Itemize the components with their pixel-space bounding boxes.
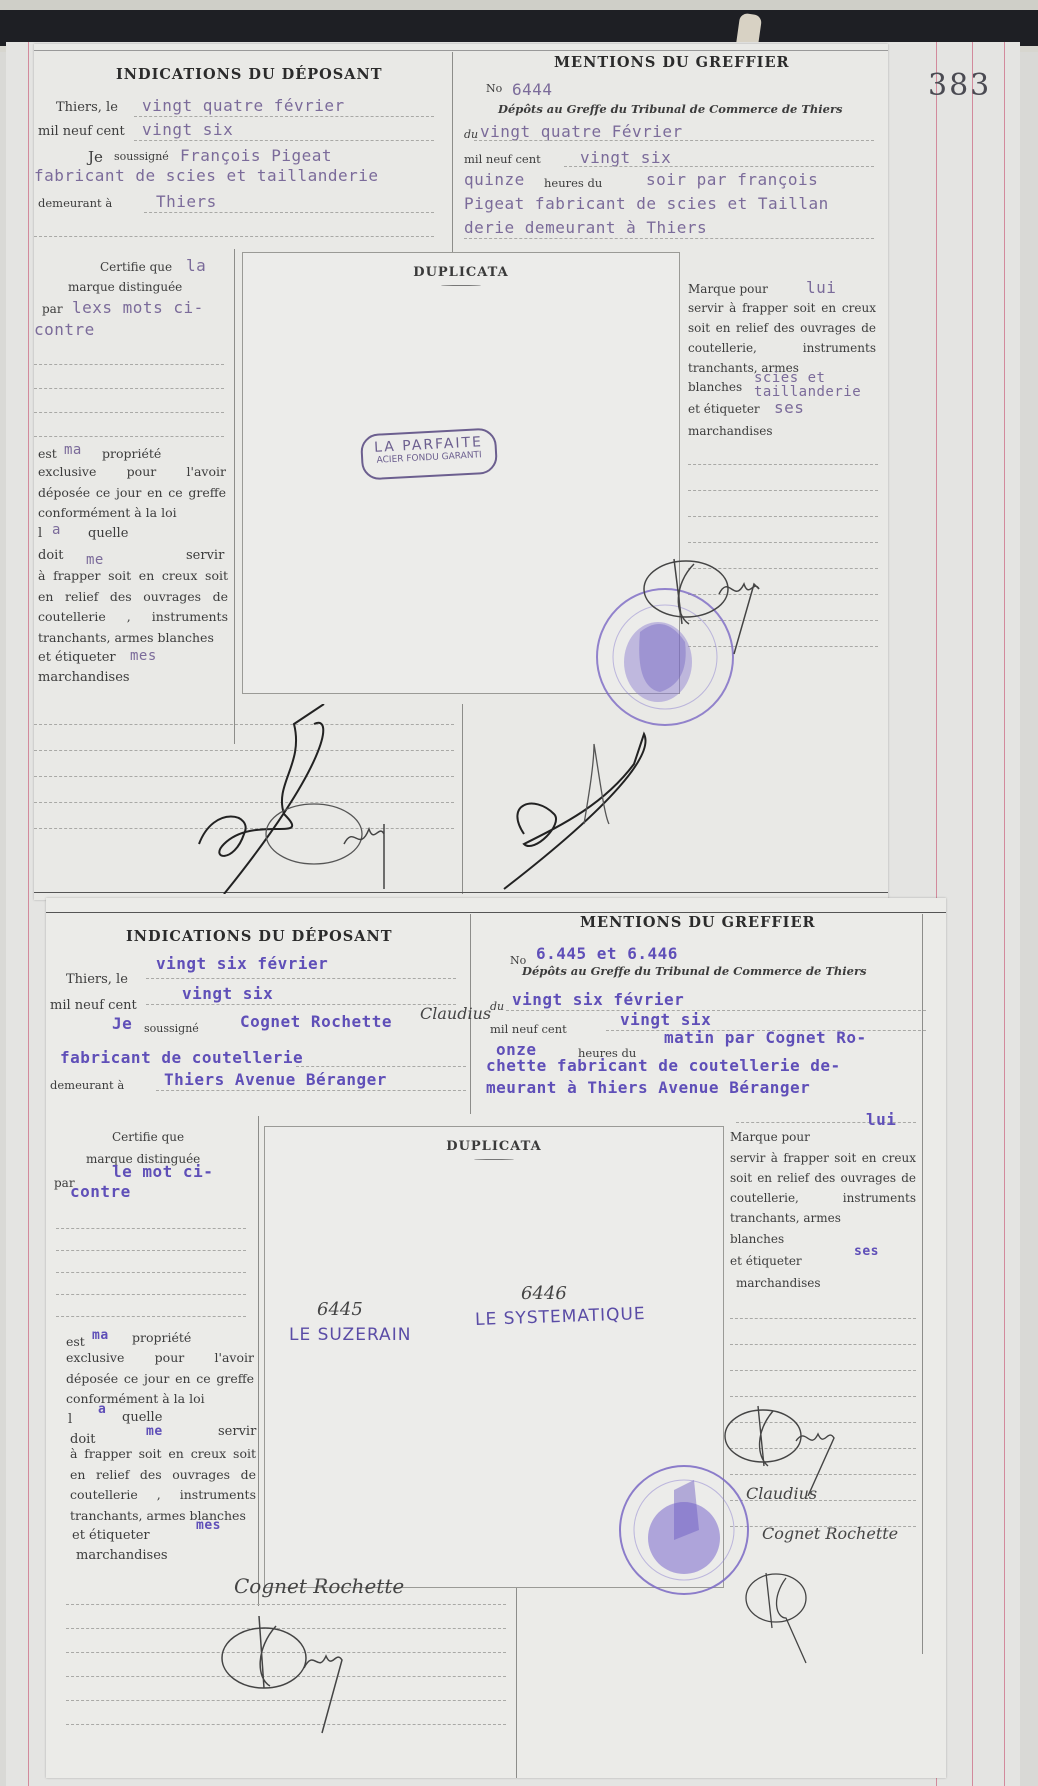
fill-line	[56, 1316, 246, 1317]
duplicata-ornament	[474, 1159, 514, 1160]
par-value-2: contre	[70, 1182, 131, 1201]
est-value: ma	[92, 1328, 109, 1343]
depositor-profession: fabricant de coutellerie	[60, 1048, 303, 1067]
trademark-stamp-la-parfaite: LA PARFAITE ACIER FONDU GARANTI	[360, 427, 498, 480]
mark-1-name: LE SUZERAIN	[289, 1325, 411, 1345]
mark-2-number: 6446	[521, 1283, 567, 1304]
marque-label: marque distinguée	[68, 280, 182, 294]
est-label: est	[38, 446, 57, 461]
fill-line	[34, 364, 224, 365]
certifie-label: Certifie que	[100, 260, 172, 274]
deposant-title: INDICATIONS DU DÉPOSANT	[116, 66, 383, 83]
clerk-signature-name: Cognet Rochette	[762, 1524, 898, 1543]
fill-line	[506, 1010, 926, 1011]
deposit-date: vingt six février	[156, 954, 328, 973]
fill-line	[56, 1250, 246, 1251]
greffe-year: vingt six	[580, 148, 671, 167]
quelle-label: quelle	[88, 526, 128, 541]
greffe-hour: quinze	[464, 170, 525, 189]
depositor-name: François Pigeat	[180, 146, 332, 165]
etiqueter-value: mes	[130, 648, 157, 664]
fill-line	[474, 140, 874, 141]
marchandises-label: marchandises	[38, 670, 130, 685]
depositor-signature-text: Cognet Rochette	[234, 1574, 404, 1598]
greffe-date: vingt six février	[512, 990, 684, 1009]
etiqueter-value: ses	[774, 398, 804, 417]
form-bottom-rule	[34, 892, 888, 893]
fill-line	[34, 388, 224, 389]
year-label: mil neuf cent	[50, 998, 137, 1013]
du-label: du	[490, 1000, 504, 1013]
deposant-title: INDICATIONS DU DÉPOSANT	[126, 928, 393, 945]
l-label: l	[38, 526, 42, 541]
form-right-edge	[922, 914, 923, 1654]
greffe-date: vingt quatre Février	[480, 122, 683, 141]
heures-label: heures du	[544, 176, 602, 190]
depositor-address: Thiers Avenue Béranger	[164, 1070, 387, 1089]
fill-line	[688, 542, 878, 543]
par-label: par	[42, 302, 63, 316]
ledger-margin-line	[28, 42, 29, 1786]
fill-line	[134, 116, 434, 117]
marchandises-label: marchandises	[736, 1276, 821, 1290]
fill-line	[34, 412, 224, 413]
blanches-label: blanches	[688, 380, 742, 394]
servir-text: servir à frapper soit en creux soit en r…	[688, 298, 876, 378]
marchandises-label: marchandises	[688, 424, 773, 438]
depots-label: Dépôts au Greffe du Tribunal de Commerce…	[498, 102, 843, 116]
fill-line	[34, 436, 224, 437]
marchandises-label: marchandises	[76, 1548, 168, 1563]
marque-pour-label: Marque pour	[730, 1130, 810, 1144]
no-label: No	[486, 82, 502, 95]
soussigne-label: soussigné	[144, 1022, 199, 1035]
depositor-name: Cognet Rochette	[240, 1012, 392, 1031]
fill-line	[56, 1272, 246, 1273]
fill-line	[56, 1294, 246, 1295]
doit-label: doit	[38, 548, 64, 563]
depositor-firstname-handwritten: Claudius	[420, 1004, 491, 1023]
etiqueter-value: mes	[196, 1518, 221, 1533]
fill-line	[564, 166, 874, 167]
servir-text: servir à frapper soit en creux soit en r…	[730, 1148, 916, 1228]
demeurant-label: demeurant à	[50, 1078, 124, 1092]
column-divider	[462, 704, 463, 894]
fill-line	[688, 516, 878, 517]
depositor-address: Thiers	[156, 192, 217, 211]
demeurant-label: demeurant à	[38, 196, 112, 210]
clerk-countersignature	[494, 724, 674, 894]
depositor-profession: fabricant de scies et taillanderie	[34, 166, 379, 185]
clerk-signature	[214, 1608, 374, 1738]
registration-form-2: INDICATIONS DU DÉPOSANT Thiers, le vingt…	[46, 898, 946, 1778]
duplicata-ornament	[441, 285, 481, 286]
year-label: mil neuf cent	[464, 152, 541, 166]
certifie-value: la	[186, 256, 206, 275]
greffe-line-3: derie demeurant à Thiers	[464, 218, 707, 237]
duplicata-title: DUPLICATA	[243, 265, 679, 280]
city-label: Thiers, le	[56, 100, 118, 115]
fill-line	[66, 1604, 506, 1605]
fill-line	[146, 1004, 456, 1005]
greffe-line-2: Pigeat fabricant de scies et Taillan	[464, 194, 829, 213]
clerk-initials	[736, 1558, 836, 1668]
registration-form-1: INDICATIONS DU DÉPOSANT Thiers, le vingt…	[34, 44, 888, 900]
doit-value: me	[146, 1424, 163, 1439]
depositor-signature	[194, 704, 424, 894]
l-value: a	[52, 522, 61, 538]
greffier-title: MENTIONS DU GREFFIER	[580, 914, 816, 931]
mark-2-name: LE SYSTEMATIQUE	[475, 1304, 646, 1330]
column-divider	[516, 1588, 517, 1778]
form-top-rule	[46, 912, 946, 913]
clerk-signature	[634, 544, 804, 664]
etiqueter-value: ses	[854, 1244, 879, 1259]
fill-line	[730, 1344, 916, 1345]
fill-line	[56, 1228, 246, 1229]
clerk-signature	[718, 1396, 868, 1496]
est-value: ma	[64, 442, 82, 458]
greffe-line-3: meurant à Thiers Avenue Béranger	[486, 1078, 810, 1097]
propriete-label: propriété	[102, 446, 161, 461]
etiqueter-label: et étiqueter	[72, 1528, 150, 1543]
je-label: Je	[88, 148, 103, 166]
par-value-2: contre	[34, 320, 95, 339]
quelle-label: quelle	[122, 1410, 162, 1425]
fill-line	[34, 236, 434, 237]
etiqueter-label: et étiqueter	[730, 1254, 802, 1268]
l-label: l	[68, 1412, 72, 1427]
fill-line	[688, 464, 878, 465]
page-number: 383	[928, 68, 991, 103]
greffe-line-2: chette fabricant de coutellerie de-	[486, 1056, 841, 1075]
greffe-line-1: soir par françois	[646, 170, 818, 189]
servir-label: servir	[186, 548, 224, 563]
etiqueter-label: et étiqueter	[38, 650, 116, 665]
mark-1-number: 6445	[317, 1299, 363, 1320]
deposit-number: 6444	[512, 80, 553, 99]
fill-line	[144, 212, 434, 213]
greffe-year: vingt six	[620, 1010, 711, 1029]
frapper-text: à frapper soit en creux soit en relief d…	[38, 566, 228, 648]
certifie-label: Certifie que	[112, 1130, 184, 1144]
par-value: lexs mots ci-	[72, 298, 204, 317]
propriete-label: propriété	[132, 1330, 191, 1345]
exclusive-text: exclusive pour l'avoir déposée ce jour e…	[38, 462, 226, 524]
fill-line	[730, 1318, 916, 1319]
form-top-rule	[34, 50, 888, 51]
fill-line	[730, 1370, 916, 1371]
greffe-line-1: matin par Cognet Ro-	[664, 1028, 867, 1047]
duplicata-title: DUPLICATA	[265, 1139, 723, 1154]
deposit-year: vingt six	[142, 120, 233, 139]
ledger-column-line	[972, 42, 973, 1786]
je-label: Je	[112, 1014, 132, 1033]
est-label: est	[66, 1334, 85, 1349]
frapper-text: à frapper soit en creux soit en relief d…	[70, 1444, 256, 1526]
servir-label: servir	[218, 1424, 256, 1439]
deposit-year: vingt six	[182, 984, 273, 1003]
exclusive-text: exclusive pour l'avoir déposée ce jour e…	[66, 1348, 254, 1410]
year-label: mil neuf cent	[490, 1022, 567, 1036]
fill-line	[296, 1066, 466, 1067]
fill-line	[156, 1090, 466, 1091]
soussigne-label: soussigné	[114, 150, 169, 163]
par-value: le mot ci-	[112, 1162, 213, 1181]
deposit-number: 6.445 et 6.446	[536, 944, 678, 963]
marque-pour-value: lui	[866, 1110, 896, 1129]
etiqueter-label: et étiqueter	[688, 402, 760, 416]
column-divider	[452, 52, 453, 252]
marque-pour-value: lui	[806, 278, 836, 297]
city-label: Thiers, le	[66, 972, 128, 987]
marque-pour-label: Marque pour	[688, 282, 768, 296]
deposit-date: vingt quatre février	[142, 96, 345, 115]
column-divider	[234, 249, 235, 744]
blanches-label: blanches	[730, 1232, 784, 1246]
fill-line	[146, 978, 456, 979]
fill-line	[688, 490, 878, 491]
ledger-column-line	[1004, 42, 1005, 1786]
depots-label: Dépôts au Greffe du Tribunal de Commerce…	[522, 964, 867, 978]
fill-line	[464, 238, 874, 239]
fill-line	[134, 140, 434, 141]
greffier-title: MENTIONS DU GREFFIER	[554, 54, 790, 71]
column-divider	[258, 1116, 259, 1606]
year-label: mil neuf cent	[38, 124, 125, 139]
l-value: a	[98, 1402, 106, 1417]
blanches-value-2: taillanderie	[754, 384, 861, 400]
